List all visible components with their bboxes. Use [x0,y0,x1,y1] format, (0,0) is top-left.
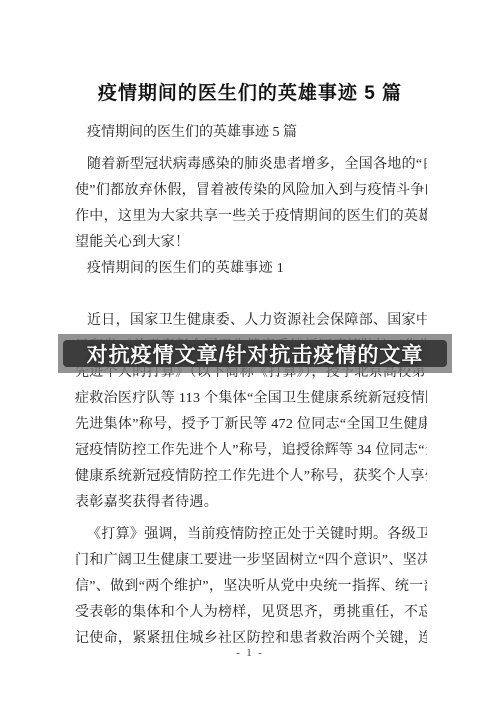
text-line: 冠疫情防控工作先进个人”称号，追授徐辉等 34 位同志“全国卫生 [75,438,427,464]
text-line: 信”、做到“两个维护”，坚决听从党中央统一指挥、统一部署，以 [75,574,427,600]
text-line: 近日，国家卫生健康委、人力资源社会保障部、国家中医药管理 [75,308,427,334]
text-line: 症救治医疗队等 113 个集体“全国卫生健康系统新冠疫情防控工作 [75,386,427,412]
page-number: - 1 - [0,648,500,659]
text-line: 《打算》强调，当前疫情防控正处于关键时期。各级卫生健康部 [75,522,427,548]
text-line: 先进集体”称号，授予丁新民等 472 位同志“全国卫生健康系统新 [75,412,427,438]
text-line: 使”们都放弃休假，冒着被传染的风险加入到与疫情斗争的救治工 [75,178,427,204]
document-subtitle: 疫情期间的医生们的英雄事迹 5 篇 [75,120,427,146]
text-line: 健康系统新冠疫情防控工作先进个人”称号，获奖个人享受省部级 [75,464,427,490]
watermark-banner: 对抗疫情文章/针对抗击疫情的文章 [58,334,452,373]
text-line: 随着新型冠状病毒感染的肺炎患者增多，全国各地的“白衣天 [75,152,427,178]
text-line: 受表彰的集体和个人为榜样，见贤思齐，勇挑重任，不忘初心，牢 [75,600,427,626]
watermark-band: 对抗疫情文章/针对抗击疫情的文章 [63,340,447,367]
text-line [75,282,427,308]
document-title: 疫情期间的医生们的英雄事迹 5 篇 [0,78,500,105]
watermark-text: 对抗疫情文章/针对抗击疫情的文章 [87,340,424,367]
text-line: 作中，这里为大家共享一些关于疫情期间的医生们的英雄事迹，盼 [75,204,427,230]
text-line: 门和广阔卫生健康工要进一步坚固树立“四个意识”、坚决“四个自 [75,548,427,574]
text-line: 疫情期间的医生们的英雄事迹 1 [75,256,427,282]
text-line: 望能关心到大家！ [75,230,427,256]
document-body: 随着新型冠状病毒感染的肺炎患者增多，全国各地的“白衣天使”们都放弃休假，冒着被传… [75,152,427,652]
text-line: 表彰嘉奖获得者待遇。 [75,490,427,516]
document-page: 疫情期间的医生们的英雄事迹 5 篇 疫情期间的医生们的英雄事迹 5 篇 随着新型… [0,0,500,706]
